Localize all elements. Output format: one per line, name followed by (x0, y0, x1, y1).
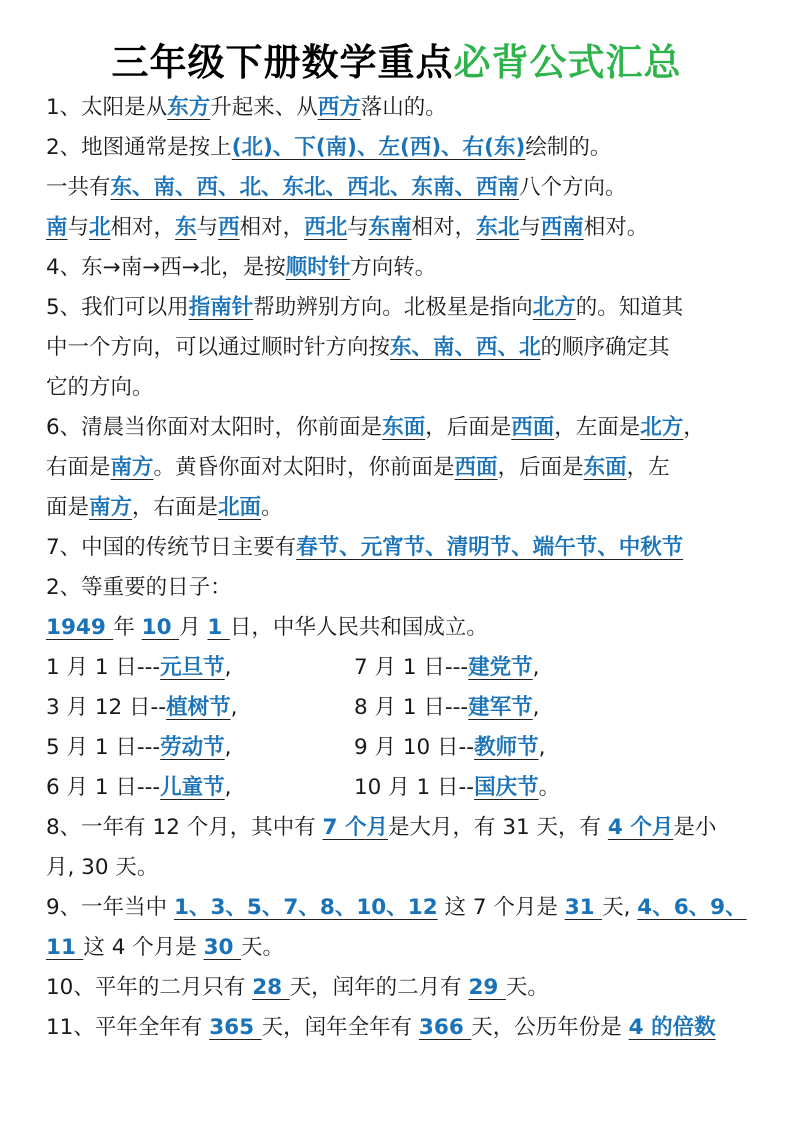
text-line: 7、中国的传统节日主要有春节、元宵节、清明节、端午节、中秋节 (46, 528, 751, 568)
text-segment: 9 月 10 日-- (354, 735, 474, 760)
answer-highlight: 28 (252, 975, 289, 1000)
text-line: 11 这 4 个月是 30 天。 (46, 928, 751, 968)
answer-highlight: 南 (46, 215, 68, 240)
title-green-part: 必背公式汇总 (454, 41, 682, 84)
answer-highlight: 西面 (455, 455, 498, 480)
text-segment: 天。 (506, 975, 549, 1000)
answer-highlight: 儿童节 (160, 775, 225, 800)
answer-highlight: 国庆节 (474, 775, 539, 800)
answer-highlight: 元旦节 (160, 655, 225, 680)
document-body: 1、太阳是从东方升起来、从西方落山的。2、地图通常是按上(北)、下(南)、左(西… (46, 88, 751, 1048)
holiday-entry: 3 月 12 日--植树节, (46, 688, 354, 728)
text-segment: 与 (347, 215, 369, 240)
answer-highlight: 31 (565, 895, 602, 920)
answer-highlight: 29 (468, 975, 505, 1000)
holiday-entry: 9 月 10 日--教师节, (354, 728, 662, 768)
text-segment: , (533, 655, 540, 680)
text-segment: 。 (261, 495, 283, 520)
text-segment: 天，公历年份是 (471, 1015, 628, 1040)
answer-highlight: 东、南、西、北、东北、西北、东南、西南 (111, 175, 520, 200)
text-segment: 帮助辨别方向。北极星是指向 (253, 295, 533, 320)
text-segment: ，左面是 (554, 415, 640, 440)
text-segment: ，后面是 (498, 455, 584, 480)
text-segment: 3 月 12 日-- (46, 695, 166, 720)
text-segment: 它的方向。 (46, 375, 154, 400)
title-black-part: 三年级下册数学重点 (112, 41, 454, 84)
answer-highlight: 4、6、9、 (637, 895, 746, 920)
answer-highlight: 建党节 (468, 655, 533, 680)
text-segment: 方向转。 (350, 255, 436, 280)
holiday-entry: 1 月 1 日---元旦节, (46, 648, 354, 688)
answer-highlight: 西方 (318, 95, 361, 120)
answer-highlight: 东面 (584, 455, 627, 480)
text-segment: 相对。 (584, 215, 649, 240)
text-segment: 8 月 1 日--- (354, 695, 468, 720)
answer-highlight: 北方 (640, 415, 683, 440)
text-segment: , (533, 695, 540, 720)
text-segment: 右面是 (46, 455, 111, 480)
text-segment: 相对， (240, 215, 305, 240)
text-segment: 4、东→南→西→北，是按 (46, 255, 286, 280)
holiday-row: 6 月 1 日---儿童节,10 月 1 日--国庆节。 (46, 768, 751, 808)
answer-highlight: 西北 (304, 215, 347, 240)
text-segment: 。 (539, 775, 561, 800)
text-line: 5、我们可以用指南针帮助辨别方向。北极星是指向北方的。知道其 (46, 288, 751, 328)
text-line: 南与北相对，东与西相对，西北与东南相对，东北与西南相对。 (46, 208, 751, 248)
holiday-row: 1 月 1 日---元旦节,7 月 1 日---建党节, (46, 648, 751, 688)
text-segment: 7、中国的传统节日主要有 (46, 535, 296, 560)
lines-section-1: 1、太阳是从东方升起来、从西方落山的。2、地图通常是按上(北)、下(南)、左(西… (46, 88, 751, 648)
text-line: 4、东→南→西→北，是按顺时针方向转。 (46, 248, 751, 288)
text-line: 6、清晨当你面对太阳时，你前面是东面，后面是西面，左面是北方， (46, 408, 751, 448)
answer-highlight: 顺时针 (286, 255, 351, 280)
answer-highlight: 东南 (369, 215, 412, 240)
answer-highlight: 东方 (167, 95, 210, 120)
text-line: 2、地图通常是按上(北)、下(南)、左(西)、右(东)绘制的。 (46, 128, 751, 168)
holiday-list: 1 月 1 日---元旦节,7 月 1 日---建党节,3 月 12 日--植树… (46, 648, 751, 808)
text-segment: 中一个方向，可以通过顺时针方向按 (46, 335, 390, 360)
text-line: 8、一年有 12 个月，其中有 7 个月是大月，有 31 天，有 4 个月是小 (46, 808, 751, 848)
answer-highlight: 西 (218, 215, 240, 240)
answer-highlight: 10 (142, 615, 179, 640)
text-line: 1、太阳是从东方升起来、从西方落山的。 (46, 88, 751, 128)
text-segment: 是小 (673, 815, 716, 840)
text-segment: 6、清晨当你面对太阳时，你前面是 (46, 415, 382, 440)
text-line: 它的方向。 (46, 368, 751, 408)
answer-highlight: 西面 (511, 415, 554, 440)
text-line: 10、平年的二月只有 28 天，闰年的二月有 29 天。 (46, 968, 751, 1008)
text-segment: 落山的。 (361, 95, 447, 120)
text-segment: 1 月 1 日--- (46, 655, 160, 680)
text-segment: 天。 (241, 935, 284, 960)
text-segment: 。黄昏你面对太阳时，你前面是 (154, 455, 455, 480)
answer-highlight: 教师节 (474, 735, 539, 760)
answer-highlight: 植树节 (166, 695, 231, 720)
text-segment: , (225, 655, 232, 680)
text-segment: 11、平年全年有 (46, 1015, 209, 1040)
text-segment: , (231, 695, 238, 720)
text-segment: , (225, 775, 232, 800)
text-line: 1949 年 10 月 1 日，中华人民共和国成立。 (46, 608, 751, 648)
text-segment: 天，闰年全年有 (262, 1015, 419, 1040)
text-segment: 一共有 (46, 175, 111, 200)
text-segment: 天, (602, 895, 637, 920)
page-title: 三年级下册数学重点必背公式汇总 (0, 38, 793, 88)
text-segment: 与 (68, 215, 90, 240)
text-segment: 绘制的。 (525, 135, 611, 160)
text-segment: 的顺序确定其 (541, 335, 670, 360)
text-segment: 7 月 1 日--- (354, 655, 468, 680)
text-segment: 1、太阳是从 (46, 95, 167, 120)
answer-highlight: (北)、下(南)、左(西)、右(东) (232, 135, 526, 160)
text-segment: 是大月，有 31 天，有 (388, 815, 608, 840)
text-segment: 相对， (111, 215, 176, 240)
text-segment: 月, 30 天。 (46, 855, 158, 880)
text-segment: 2、等重要的日子： (46, 575, 232, 600)
text-segment: 5 月 1 日--- (46, 735, 160, 760)
answer-highlight: 春节、元宵节、清明节、端午节、中秋节 (296, 535, 683, 560)
text-segment: 与 (519, 215, 541, 240)
text-segment: , (539, 735, 546, 760)
answer-highlight: 东、南、西、北 (390, 335, 541, 360)
text-segment: 9、一年当中 (46, 895, 174, 920)
answer-highlight: 1、3、5、7、8、10、12 (174, 895, 438, 920)
text-line: 9、一年当中 1、3、5、7、8、10、12 这 7 个月是 31 天, 4、6… (46, 888, 751, 928)
text-segment: 5、我们可以用 (46, 295, 189, 320)
holiday-entry: 6 月 1 日---儿童节, (46, 768, 354, 808)
answer-highlight: 南方 (89, 495, 132, 520)
text-line: 面是南方，右面是北面。 (46, 488, 751, 528)
holiday-entry: 10 月 1 日--国庆节。 (354, 768, 662, 808)
answer-highlight: 东北 (476, 215, 519, 240)
text-segment: 相对， (412, 215, 477, 240)
answer-highlight: 365 (209, 1015, 261, 1040)
answer-highlight: 1949 (46, 615, 113, 640)
text-segment: 的。知道其 (576, 295, 684, 320)
answer-highlight: 4 个月 (608, 815, 673, 840)
text-segment: ，右面是 (132, 495, 218, 520)
text-line: 一共有东、南、西、北、东北、西北、东南、西南八个方向。 (46, 168, 751, 208)
text-segment: 八个方向。 (519, 175, 627, 200)
text-segment: 面是 (46, 495, 89, 520)
text-segment: 10 月 1 日-- (354, 775, 474, 800)
answer-highlight: 30 (204, 935, 241, 960)
holiday-entry: 8 月 1 日---建军节, (354, 688, 662, 728)
text-segment: 8、一年有 12 个月，其中有 (46, 815, 323, 840)
answer-highlight: 指南针 (189, 295, 254, 320)
answer-highlight: 建军节 (468, 695, 533, 720)
text-segment: 升起来、从 (210, 95, 318, 120)
answer-highlight: 劳动节 (160, 735, 225, 760)
holiday-row: 5 月 1 日---劳动节,9 月 10 日--教师节, (46, 728, 751, 768)
answer-highlight: 366 (419, 1015, 471, 1040)
text-line: 2、等重要的日子： (46, 568, 751, 608)
text-segment: 月 (179, 615, 207, 640)
answer-highlight: 北 (89, 215, 111, 240)
text-line: 11、平年全年有 365 天，闰年全年有 366 天，公历年份是 4 的倍数 (46, 1008, 751, 1048)
text-segment: 年 (113, 615, 141, 640)
text-line: 月, 30 天。 (46, 848, 751, 888)
answer-highlight: 北面 (218, 495, 261, 520)
text-line: 中一个方向，可以通过顺时针方向按东、南、西、北的顺序确定其 (46, 328, 751, 368)
text-segment: , (225, 735, 232, 760)
text-line: 右面是南方。黄昏你面对太阳时，你前面是西面，后面是东面，左 (46, 448, 751, 488)
answer-highlight: 11 (46, 935, 83, 960)
text-segment: 天，闰年的二月有 (290, 975, 469, 1000)
holiday-row: 3 月 12 日--植树节,8 月 1 日---建军节, (46, 688, 751, 728)
answer-highlight: 7 个月 (323, 815, 388, 840)
lines-section-2: 8、一年有 12 个月，其中有 7 个月是大月，有 31 天，有 4 个月是小月… (46, 808, 751, 1048)
answer-highlight: 西南 (541, 215, 584, 240)
text-segment: ， (683, 415, 705, 440)
answer-highlight: 东面 (382, 415, 425, 440)
answer-highlight: 北方 (533, 295, 576, 320)
answer-highlight: 东 (175, 215, 197, 240)
text-segment: 这 7 个月是 (438, 895, 565, 920)
text-segment: 6 月 1 日--- (46, 775, 160, 800)
text-segment: 这 4 个月是 (83, 935, 203, 960)
text-segment: 10、平年的二月只有 (46, 975, 252, 1000)
holiday-entry: 5 月 1 日---劳动节, (46, 728, 354, 768)
answer-highlight: 南方 (111, 455, 154, 480)
text-segment: ，后面是 (425, 415, 511, 440)
text-segment: 日，中华人民共和国成立。 (230, 615, 488, 640)
answer-highlight: 1 (207, 615, 229, 640)
answer-highlight: 4 的倍数 (629, 1015, 716, 1040)
text-segment: 与 (197, 215, 219, 240)
holiday-entry: 7 月 1 日---建党节, (354, 648, 662, 688)
text-segment: 2、地图通常是按上 (46, 135, 232, 160)
text-segment: ，左 (627, 455, 670, 480)
